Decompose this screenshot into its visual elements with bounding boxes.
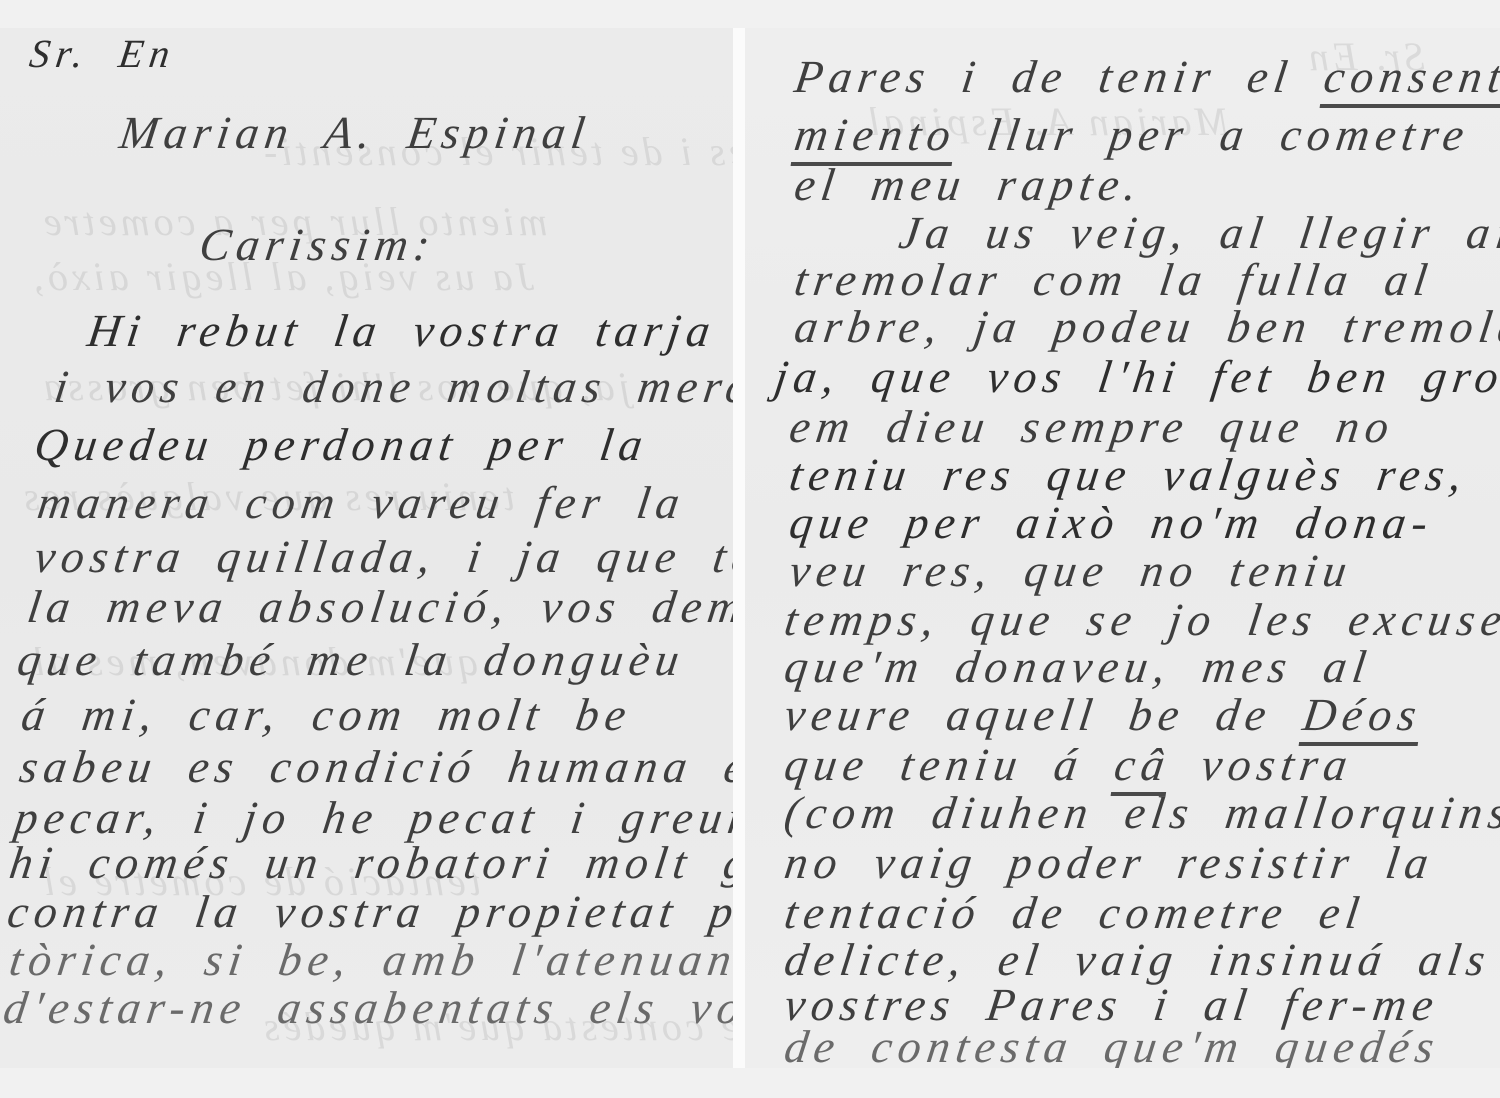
letter-line: d'estar-ne assabentats els vostres xyxy=(0,981,733,1034)
recipient-name: Marian A. Espinal xyxy=(116,106,594,159)
letter-line: veu res, que no teniu xyxy=(786,544,1356,597)
letter-line: no vaig poder resistir la xyxy=(781,836,1437,889)
letter-line: que teniu á câ vostra xyxy=(781,738,1356,791)
letter-page-left: Pares i de tenir el consenti- miento llu… xyxy=(0,28,733,1068)
letter-line: que també me la donguèu xyxy=(14,633,688,686)
letter-line: miento llur per a cometre xyxy=(791,108,1473,161)
letter-line: manera com vareu fer la xyxy=(34,476,689,529)
letter-line: de contesta que'm quedés xyxy=(781,1020,1443,1068)
letter-line: tremolar com la fulla al xyxy=(791,253,1436,306)
salutation: Carissim: xyxy=(196,218,439,271)
letter-line: Ja us veig, al llegir això, xyxy=(801,206,1500,259)
letter-line: el meu rapte. xyxy=(791,158,1146,211)
letter-line: sabeu es condició humana el xyxy=(16,740,733,793)
letter-line: ja, que vos l'hi fet ben grossa, xyxy=(771,350,1500,403)
letter-line: Pares i de tenir el consenti- xyxy=(791,50,1500,103)
address-prefix: Sr. En xyxy=(27,30,179,77)
letter-line: tentació de cometre el xyxy=(781,886,1368,939)
letter-line: vostra quillada, i ja que teniu xyxy=(31,530,733,583)
letter-line: á mi, car, com molt be xyxy=(18,688,635,741)
letter-line: em dieu sempre que no xyxy=(786,400,1398,453)
letter-page-right: Sr. En Marian A. Espinal Pares i de teni… xyxy=(745,28,1500,1068)
letter-line: veure aquell be de Déos xyxy=(781,688,1425,741)
page-gutter xyxy=(733,28,745,1068)
letter-line: Hi rebut la vostra tarja xyxy=(84,304,719,357)
letter-line: Quedeu perdonat per la xyxy=(31,418,651,471)
letter-line: que'm donaveu, mes al xyxy=(781,640,1375,693)
letter-line: la meva absolució, vos deman xyxy=(24,580,733,633)
letter-line: teniu res que valguès res, xyxy=(786,448,1471,501)
letter-line: arbre, ja podeu ben tremolar xyxy=(791,300,1500,353)
letter-line: contra la vostra propietat pic- xyxy=(4,885,733,938)
letter-line: temps, que se jo les excuses xyxy=(781,593,1500,646)
letter-line: tòrica, si be, amb l'atenuant xyxy=(6,933,733,986)
letter-line: i vos en done moltas mercès. xyxy=(51,360,733,413)
letter-line: (com diuhen els mallorquins) xyxy=(781,786,1500,839)
letter-line: que per això no'm dona- xyxy=(786,496,1437,549)
letter-line: hi comés un robatori molt gros xyxy=(6,836,733,889)
underlined-word: consenti- xyxy=(1320,51,1500,108)
